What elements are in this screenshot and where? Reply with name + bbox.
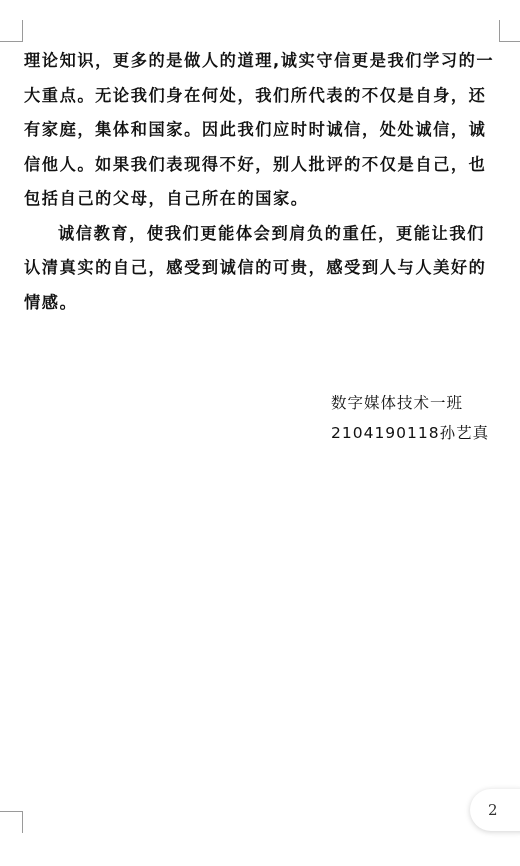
document-page: 理论知识，更多的是做人的道理,诚实守信更是我们学习的一 大重点。无论我们身在何处…: [0, 0, 520, 866]
paragraph-2-line: 诚信教育，使我们更能体会到肩负的重任，更能让我们: [24, 217, 499, 252]
paragraph-2-line: 认清真实的自己，感受到诚信的可贵，感受到人与人美好的: [24, 251, 499, 286]
signature-block: 数字媒体技术一班 2104190118孙艺真: [331, 388, 489, 448]
paragraph-1-line: 大重点。无论我们身在何处，我们所代表的不仅是自身，还: [24, 79, 499, 114]
signature-class: 数字媒体技术一班: [331, 388, 489, 418]
page-number-badge[interactable]: 2: [470, 789, 520, 831]
crop-mark-top-left: [0, 20, 23, 42]
paragraph-1-line: 包括自己的父母，自己所在的国家。: [24, 182, 499, 217]
paragraph-1-line: 理论知识，更多的是做人的道理,诚实守信更是我们学习的一: [24, 44, 499, 79]
page-number: 2: [488, 789, 498, 831]
crop-mark-top-right: [499, 20, 520, 42]
paragraph-1-line: 信他人。如果我们表现得不好，别人批评的不仅是自己，也: [24, 148, 499, 183]
paragraph-2-line: 情感。: [24, 286, 499, 321]
document-body: 理论知识，更多的是做人的道理,诚实守信更是我们学习的一 大重点。无论我们身在何处…: [24, 44, 499, 320]
paragraph-1-line: 有家庭，集体和国家。因此我们应时时诚信，处处诚信，诚: [24, 113, 499, 148]
signature-student: 2104190118孙艺真: [331, 418, 489, 448]
crop-mark-bottom-left: [0, 811, 23, 833]
